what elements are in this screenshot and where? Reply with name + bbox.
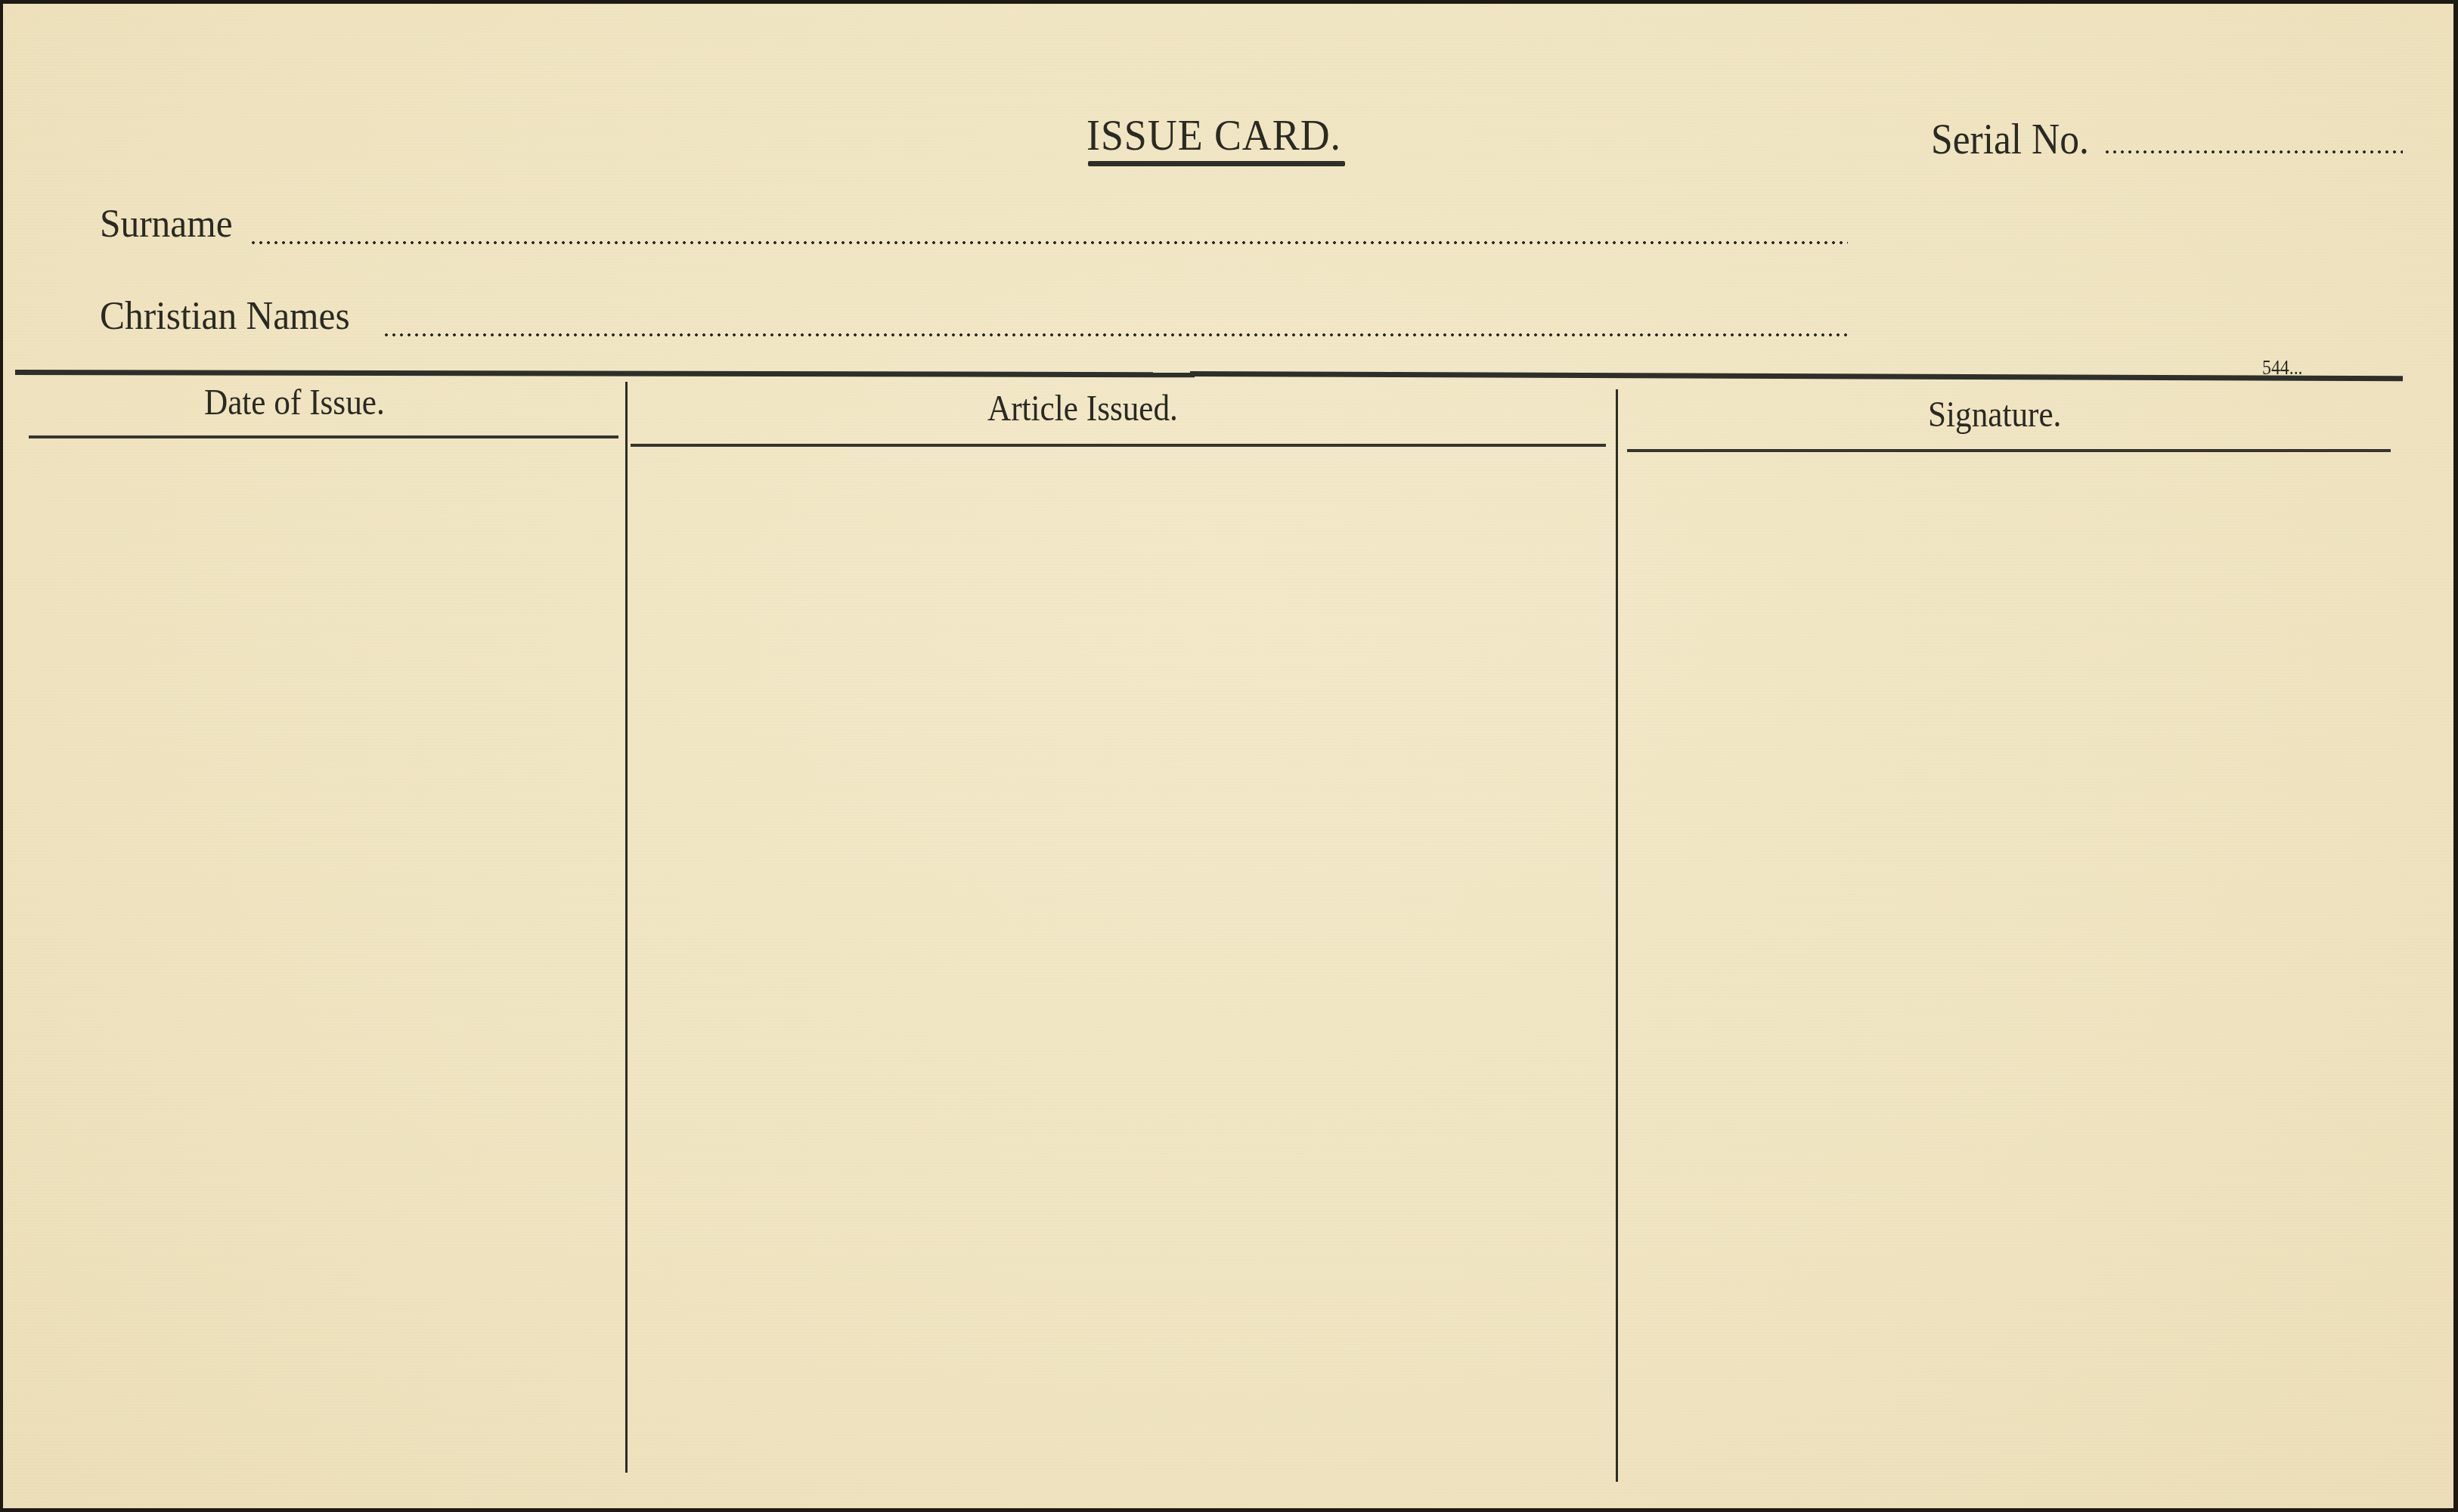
christian-names-field[interactable] [383, 333, 1848, 337]
column-header-rule-date [29, 435, 618, 438]
card-title: ISSUE CARD. [1086, 110, 1341, 160]
column-header-date-of-issue: Date of Issue. [204, 382, 385, 423]
serial-number-label: Serial No. [1931, 116, 2089, 164]
issue-card: ISSUE CARD. Serial No. Surname Christian… [3, 4, 2453, 1508]
column-header-rule-signature [1627, 449, 2391, 452]
surname-field[interactable] [250, 240, 1848, 245]
column-divider-1 [625, 382, 628, 1473]
christian-names-label: Christian Names [100, 294, 350, 339]
column-header-signature: Signature. [1928, 394, 2061, 435]
column-divider-2 [1616, 389, 1618, 1482]
date-of-issue-column[interactable] [18, 446, 623, 1474]
title-underline [1088, 161, 1345, 166]
header-rule-right [1190, 371, 2403, 381]
article-issued-column[interactable] [629, 454, 1613, 1482]
surname-label: Surname [100, 202, 233, 246]
signature-column[interactable] [1620, 457, 2398, 1486]
column-header-article-issued: Article Issued. [987, 388, 1178, 429]
header-rule [15, 370, 1195, 377]
column-header-rule-article [631, 444, 1606, 447]
serial-number-field[interactable] [2103, 150, 2403, 154]
